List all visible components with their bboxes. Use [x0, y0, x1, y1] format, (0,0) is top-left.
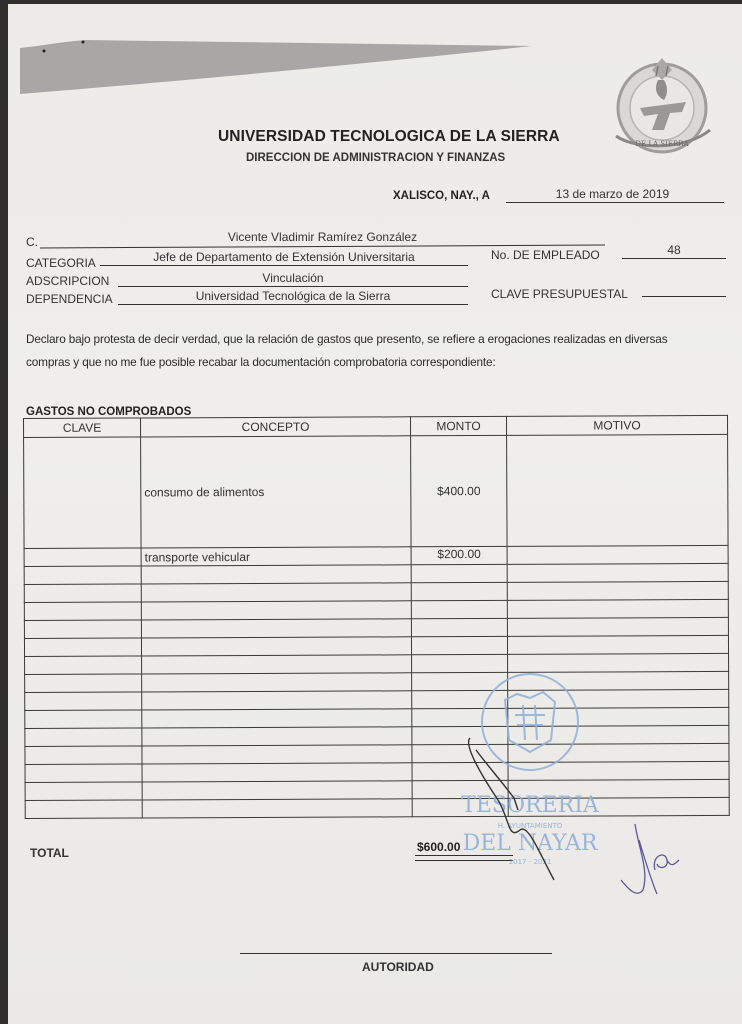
dependency-field: Universidad Tecnológica de la Sierra: [118, 289, 468, 303]
cell-concepto: transporte vehicular: [141, 547, 411, 566]
category-underline: [100, 265, 468, 266]
cell-concepto: [142, 727, 412, 746]
cell-monto: [412, 744, 508, 762]
column-header-monto: MONTO: [410, 416, 506, 435]
cell-clave: [25, 800, 142, 819]
cell-clave: [24, 437, 141, 549]
logo-text: DE LA SIERRA: [635, 140, 689, 148]
cell-motivo: [508, 725, 729, 744]
cell-concepto: [141, 601, 411, 620]
cell-motivo: [507, 563, 728, 582]
dependency-underline: [118, 304, 468, 305]
employee-no-underline: [622, 258, 726, 259]
place-label: XALISCO, NAY., A: [393, 190, 490, 202]
department-subtitle: DIRECCION DE ADMINISTRACION Y FINANZAS: [246, 152, 505, 164]
cell-concepto: [141, 583, 411, 602]
category-label: CATEGORIA: [26, 256, 96, 270]
cell-concepto: [142, 763, 412, 782]
cell-monto: [411, 582, 507, 600]
cell-motivo: [508, 797, 729, 816]
date-field: 13 de marzo de 2019: [510, 187, 715, 201]
declaration-line-2: compras y que no me fue posible recabar …: [26, 355, 496, 369]
table-row: consumo de alimentos $400.00: [24, 434, 728, 548]
total-amount: $600.00: [417, 840, 460, 854]
cell-clave: [24, 638, 141, 657]
dependency-label: DEPENDENCIA: [26, 292, 113, 306]
assignment-underline: [118, 286, 468, 287]
cell-monto: $200.00: [411, 546, 507, 564]
cell-motivo: [507, 599, 728, 618]
cell-motivo: [508, 689, 729, 708]
cell-clave: [25, 692, 142, 711]
cell-motivo: [508, 707, 729, 726]
cell-concepto: [142, 799, 412, 818]
cell-monto: [412, 798, 508, 816]
cell-monto: [412, 708, 508, 726]
cell-motivo: [507, 434, 728, 546]
university-logo-icon: DE LA SIERRA: [606, 50, 718, 154]
cell-clave: [24, 584, 141, 603]
total-label: TOTAL: [30, 846, 69, 860]
cell-motivo: [507, 545, 728, 564]
cell-clave: [25, 746, 142, 765]
cell-concepto: [142, 655, 412, 674]
cell-monto: $400.00: [411, 435, 507, 546]
cell-concepto: [141, 637, 411, 656]
cell-concepto: [142, 781, 412, 800]
cell-clave: [25, 656, 142, 675]
cell-clave: [25, 728, 142, 747]
cell-motivo: [508, 671, 729, 690]
cell-motivo: [508, 761, 729, 780]
cell-monto: [412, 762, 508, 780]
assignment-field: Vinculación: [118, 271, 468, 285]
cell-clave: [24, 620, 141, 639]
employee-no-label: No. DE EMPLEADO: [491, 248, 600, 262]
cell-concepto: [142, 673, 412, 692]
employee-name-field: Vicente Vladimir Ramírez González: [40, 230, 605, 244]
cell-motivo: [508, 743, 729, 762]
cell-clave: [24, 548, 141, 567]
cell-monto: [412, 690, 508, 708]
cell-motivo: [508, 653, 729, 672]
cell-clave: [25, 782, 142, 801]
name-label: C.: [26, 235, 38, 249]
cell-concepto: [142, 709, 412, 728]
cell-monto: [411, 564, 507, 582]
authority-signature-line: [240, 953, 552, 954]
cell-monto: [411, 618, 507, 636]
budget-key-underline: [642, 296, 726, 297]
cell-concepto: [141, 619, 411, 638]
assignment-label: ADSCRIPCION: [26, 274, 109, 288]
cell-concepto: [141, 565, 411, 584]
column-header-clave: CLAVE: [24, 418, 141, 438]
category-field: Jefe de Departamento de Extensión Univer…: [100, 250, 468, 264]
institution-title: UNIVERSIDAD TECNOLOGICA DE LA SIERRA: [218, 128, 560, 146]
cell-monto: [412, 780, 508, 798]
cell-motivo: [507, 635, 728, 654]
cell-clave: [24, 602, 141, 621]
cell-clave: [25, 674, 142, 693]
column-header-concepto: CONCEPTO: [141, 417, 411, 437]
cell-monto: [412, 672, 508, 690]
column-header-motivo: MOTIVO: [506, 415, 727, 435]
cell-motivo: [507, 617, 728, 636]
total-double-underline: [415, 855, 513, 861]
cell-concepto: [142, 745, 412, 764]
declaration-line-1: Declaro bajo protesta de decir verdad, q…: [26, 332, 667, 346]
cell-clave: [25, 764, 142, 783]
cell-monto: [411, 600, 507, 618]
cell-monto: [412, 726, 508, 744]
cell-monto: [412, 654, 508, 672]
cell-clave: [24, 566, 141, 585]
employee-no-field: 48: [622, 243, 726, 257]
cell-clave: [25, 710, 142, 729]
header-banner-decoration: [20, 38, 532, 96]
section-title: GASTOS NO COMPROBADOS: [26, 406, 191, 418]
date-underline: [506, 202, 724, 203]
expenses-table: CLAVE CONCEPTO MONTO MOTIVO consumo de a…: [23, 415, 730, 819]
cell-monto: [411, 636, 507, 654]
cell-motivo: [508, 779, 729, 798]
cell-concepto: [142, 691, 412, 710]
cell-motivo: [507, 581, 728, 600]
table-row-empty: [25, 797, 729, 818]
cell-concepto: consumo de alimentos: [141, 436, 411, 548]
budget-key-label: CLAVE PRESUPUESTAL: [491, 287, 628, 301]
authority-label: AUTORIDAD: [362, 960, 434, 974]
